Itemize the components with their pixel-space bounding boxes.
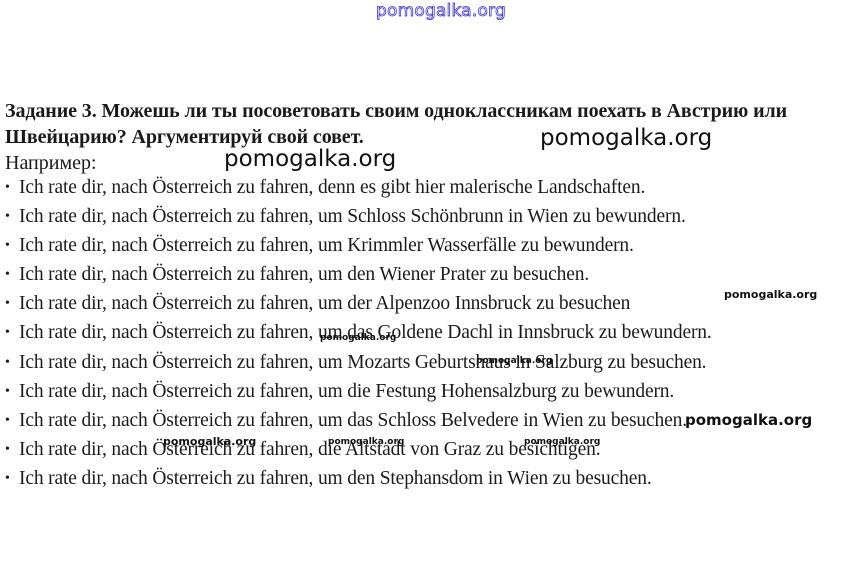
list-item: •Ich rate dir, nach Österreich zu fahren… xyxy=(5,290,712,319)
bullet-icon: • xyxy=(5,465,19,492)
list-item-text: Ich rate dir, nach Österreich zu fahren,… xyxy=(19,439,601,460)
list-item: •Ich rate dir, nach Österreich zu fahren… xyxy=(5,349,712,378)
bullet-icon: • xyxy=(5,261,19,288)
bullet-icon: • xyxy=(5,290,19,317)
list-item-text: Ich rate dir, nach Österreich zu fahren,… xyxy=(19,206,686,227)
watermark-small: pomogalka.org xyxy=(476,356,552,366)
task-title: Задание 3. Можешь ли ты посоветовать сво… xyxy=(5,98,865,150)
list-item-text: Ich rate dir, nach Österreich zu fahren,… xyxy=(19,264,589,285)
watermark-large: pomogalka.org xyxy=(224,146,396,172)
list-item-text: Ich rate dir, nach Österreich zu fahren,… xyxy=(19,352,706,373)
list-item-text: Ich rate dir, nach Österreich zu fahren,… xyxy=(19,293,630,314)
bullet-icon: • xyxy=(5,203,19,230)
watermark-top: pomogalka.org xyxy=(376,1,506,21)
list-item: •Ich rate dir, nach Österreich zu fahren… xyxy=(5,203,712,232)
list-item-text: Ich rate dir, nach Österreich zu fahren,… xyxy=(19,468,652,489)
task-block: Задание 3. Можешь ли ты посоветовать сво… xyxy=(5,98,865,176)
watermark-small: pomogalka.org xyxy=(320,333,396,343)
list-item: •Ich rate dir, nach Österreich zu fahren… xyxy=(5,378,712,407)
list-item-text: Ich rate dir, nach Österreich zu fahren,… xyxy=(19,177,645,198)
bullet-icon: • xyxy=(5,174,19,201)
bullet-icon: • xyxy=(5,407,19,434)
bullet-icon: • xyxy=(5,378,19,405)
bullet-icon: • xyxy=(5,232,19,259)
list-item: •Ich rate dir, nach Österreich zu fahren… xyxy=(5,261,712,290)
watermark-small: pomogalka.org xyxy=(163,435,256,448)
list-item: •Ich rate dir, nach Österreich zu fahren… xyxy=(5,465,712,494)
bullet-icon: • xyxy=(5,436,19,463)
watermark-medium: pomogalka.org xyxy=(685,411,812,429)
list-item: •Ich rate dir, nach Österreich zu fahren… xyxy=(5,407,712,436)
list-item-text: Ich rate dir, nach Österreich zu fahren,… xyxy=(19,410,687,431)
watermark-large: pomogalka.org xyxy=(540,125,712,151)
watermark-small: pomogalka.org xyxy=(328,437,404,447)
example-label: Например: xyxy=(5,150,865,176)
list-item-text: Ich rate dir, nach Österreich zu fahren,… xyxy=(19,381,674,402)
bullet-icon: • xyxy=(5,349,19,376)
watermark-small: pomogalka.org xyxy=(524,437,600,447)
watermark-small: pomogalka.org xyxy=(724,288,817,301)
list-item: •Ich rate dir, nach Österreich zu fahren… xyxy=(5,232,712,261)
list-item: •Ich rate dir, nach Österreich zu fahren… xyxy=(5,174,712,203)
list-item-text: Ich rate dir, nach Österreich zu fahren,… xyxy=(19,235,634,256)
bullet-icon: • xyxy=(5,319,19,346)
